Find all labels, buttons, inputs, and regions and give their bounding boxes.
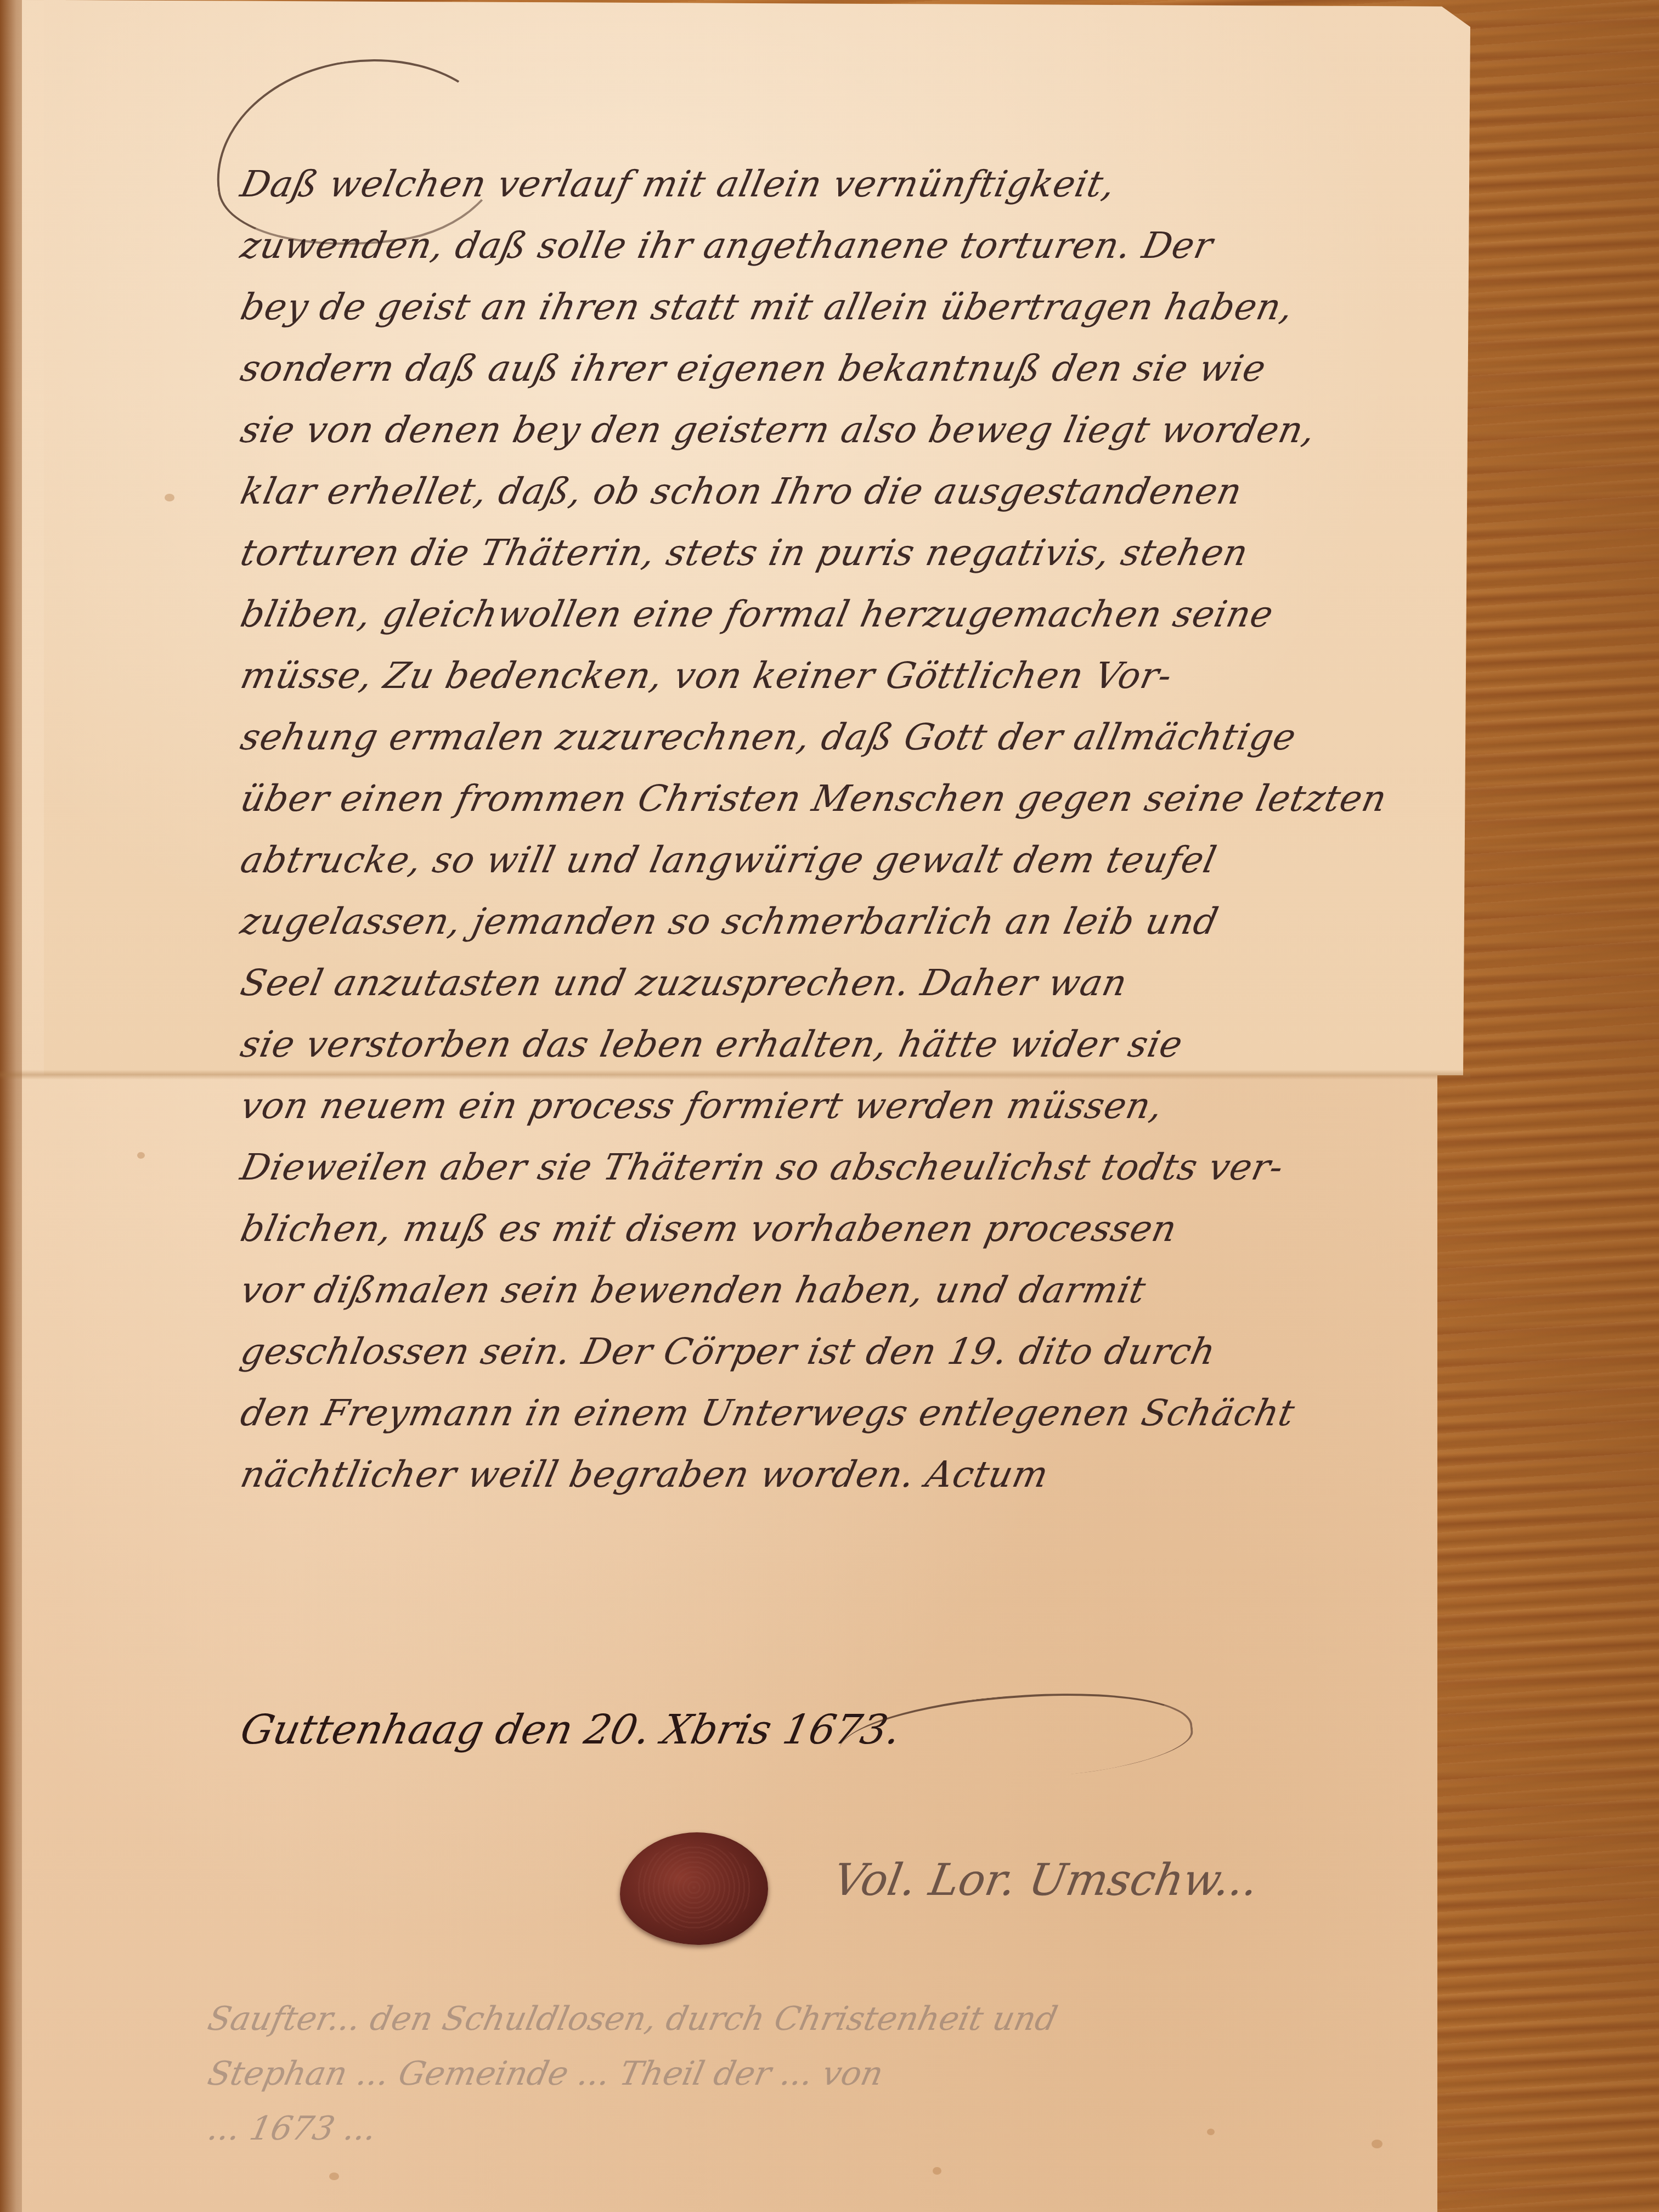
text-line: zugelassen, jemanden so schmerbarlich an… — [235, 891, 1455, 952]
faded-note-line: ... 1673 ... — [202, 2101, 1476, 2156]
text-line: blichen, muß es mit disem vorhabenen pro… — [235, 1198, 1455, 1260]
text-line: von neuem ein process formiert werden mü… — [235, 1075, 1455, 1137]
text-line: abtrucke, so will und langwürige gewalt … — [235, 830, 1455, 891]
seal-impression — [635, 1843, 753, 1932]
text-line: zuwenden, daß solle ihr angethanene tort… — [235, 215, 1455, 276]
text-line: sehung ermalen zuzurechnen, daß Gott der… — [235, 707, 1455, 768]
text-line: bey de geist an ihren statt mit allein ü… — [235, 276, 1455, 338]
text-line: müsse, Zu bedencken, von keiner Göttlich… — [235, 645, 1455, 707]
text-line: nächtlicher weill begraben worden. Actum — [235, 1444, 1455, 1505]
faded-annotation-notes: Saufter... den Schuldlosen, durch Christ… — [208, 1991, 1470, 2156]
text-line: vor dißmalen sein bewenden haben, und da… — [235, 1260, 1455, 1321]
text-line: sie von denen bey den geistern also bewe… — [235, 399, 1455, 461]
text-line: Dieweilen aber sie Thäterin so abscheuli… — [235, 1137, 1455, 1198]
text-line: den Freymann in einem Unterwegs entlegen… — [235, 1383, 1455, 1444]
text-line: Daß welchen verlauf mit allein vernünfti… — [235, 154, 1455, 215]
text-line: sie verstorben das leben erhalten, hätte… — [235, 1014, 1455, 1075]
text-line: Seel anzutasten und zuzusprechen. Daher … — [235, 952, 1455, 1014]
foxing-stain — [329, 2172, 339, 2180]
text-line: bliben, gleichwollen eine formal herzuge… — [235, 584, 1455, 645]
place-and-date-line: Guttenhaag den 20. Xbris 1673. — [236, 1706, 905, 1753]
signature: Vol. Lor. Umschw... — [830, 1854, 1262, 1905]
foxing-stain — [933, 2167, 941, 2175]
text-line: torturen die Thäterin, stets in puris ne… — [235, 522, 1455, 584]
foxing-stain — [137, 1152, 145, 1159]
text-line: sondern daß auß ihrer eigenen bekantnuß … — [235, 338, 1455, 399]
text-line: über einen frommen Christen Menschen geg… — [235, 768, 1455, 830]
foxing-stain — [165, 494, 174, 501]
faded-note-line: Stephan ... Gemeinde ... Theil der ... v… — [202, 2046, 1476, 2101]
text-line: geschlossen sein. Der Cörper ist den 19.… — [235, 1321, 1455, 1383]
manuscript-body-text: Daß welchen verlauf mit allein vernünfti… — [241, 154, 1448, 1505]
faded-note-line: Saufter... den Schuldlosen, durch Christ… — [202, 1991, 1476, 2046]
text-line: klar erhellet, daß, ob schon Ihro die au… — [235, 461, 1455, 522]
